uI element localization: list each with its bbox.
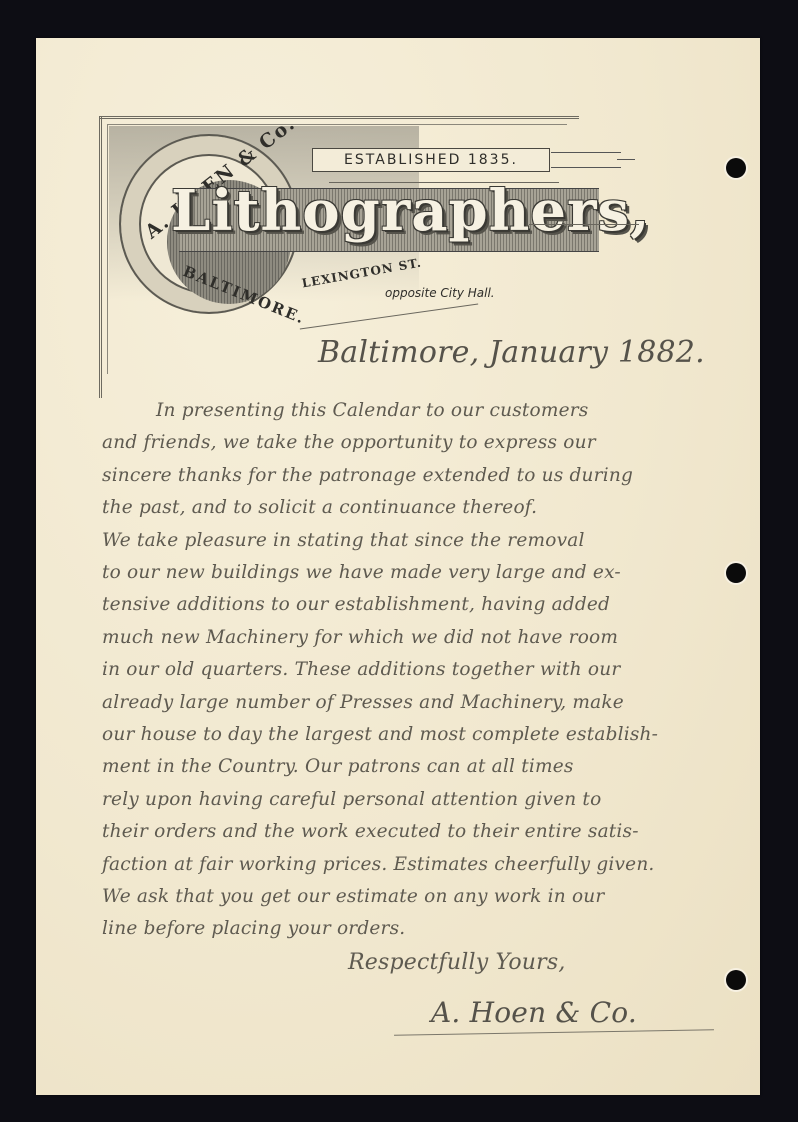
frame-border-top-inner (107, 124, 567, 125)
body-line: faction at fair working prices. Estimate… (102, 854, 655, 875)
body-line: in our old quarters. These additions tog… (102, 659, 620, 680)
closing: Respectfully Yours, (348, 950, 566, 975)
signature: A. Hoen & Co. (431, 996, 637, 1029)
body-line: to our new buildings we have made very l… (102, 562, 621, 583)
flourish-icon (300, 303, 478, 329)
signature-flourish (394, 1029, 714, 1036)
body-line: much new Machinery for which we did not … (102, 627, 618, 648)
location-note: opposite City Hall. (385, 286, 495, 300)
body-line: sincere thanks for the patronage extende… (102, 465, 633, 486)
body-line: We ask that you get our estimate on any … (102, 886, 604, 907)
body-line: line before placing your orders. (102, 918, 405, 939)
punch-hole (726, 563, 746, 583)
punch-hole (726, 970, 746, 990)
frame-border-left (99, 116, 102, 398)
body-line: already large number of Presses and Mach… (102, 692, 624, 713)
body-line: our house to day the largest and most co… (102, 724, 658, 745)
body-line: the past, and to solicit a continuance t… (102, 497, 537, 518)
body-line: In presenting this Calendar to our custo… (156, 400, 588, 421)
body-line: rely upon having careful personal attent… (102, 789, 601, 810)
pen-nib-icon (551, 152, 621, 168)
letter-page: A. HOEN & Co. BALTIMORE. ESTABLISHED 183… (36, 38, 760, 1095)
body-line: their orders and the work executed to th… (102, 821, 639, 842)
body-line: and friends, we take the opportunity to … (102, 432, 596, 453)
frame-border-left-inner (107, 124, 108, 374)
body-line: We take pleasure in stating that since t… (102, 530, 585, 551)
body-line: tensive additions to our establishment, … (102, 594, 610, 615)
flourish-icon (529, 224, 639, 225)
punch-hole (726, 158, 746, 178)
established-banner: ESTABLISHED 1835. (312, 148, 550, 172)
frame-border-top (99, 116, 579, 119)
trade-title: Lithographers, (171, 178, 651, 244)
dateline: Baltimore, January 1882. (318, 335, 705, 370)
body-line: ment in the Country. Our patrons can at … (102, 756, 574, 777)
